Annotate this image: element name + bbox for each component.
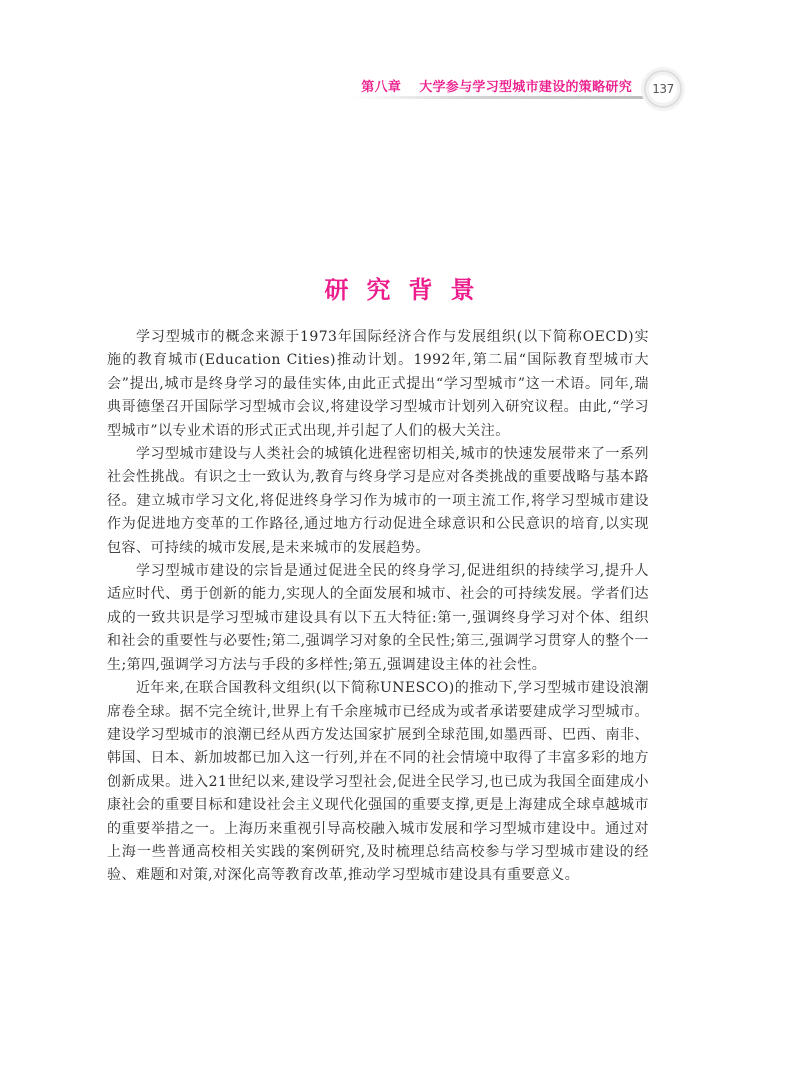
- header-rule-divider: [350, 96, 650, 99]
- running-header: 第八章大学参与学习型城市建设的策略研究: [350, 76, 640, 100]
- paragraph: 近年来,在联合国教科文组织(以下简称UNESCO)的推动下,学习型城市建设浪潮席…: [107, 677, 649, 888]
- paragraph: 学习型城市建设与人类社会的城镇化进程密切相关,城市的快速发展带来了一系列社会性挑…: [107, 443, 649, 560]
- body-text: 学习型城市的概念来源于1973年国际经济合作与发展组织(以下简称OECD)实施的…: [107, 326, 649, 888]
- page-number: 137: [652, 82, 673, 96]
- page-number-badge: 137: [644, 70, 682, 108]
- chapter-title: 大学参与学习型城市建设的策略研究: [419, 80, 632, 95]
- running-header-text: 第八章大学参与学习型城市建设的策略研究: [361, 76, 632, 95]
- chapter-label: 第八章: [361, 80, 401, 95]
- paragraph: 学习型城市的概念来源于1973年国际经济合作与发展组织(以下简称OECD)实施的…: [107, 326, 649, 443]
- paragraph: 学习型城市建设的宗旨是通过促进全民的终身学习,促进组织的持续学习,提升人适应时代…: [107, 560, 649, 677]
- section-title: 研究背景: [0, 270, 799, 305]
